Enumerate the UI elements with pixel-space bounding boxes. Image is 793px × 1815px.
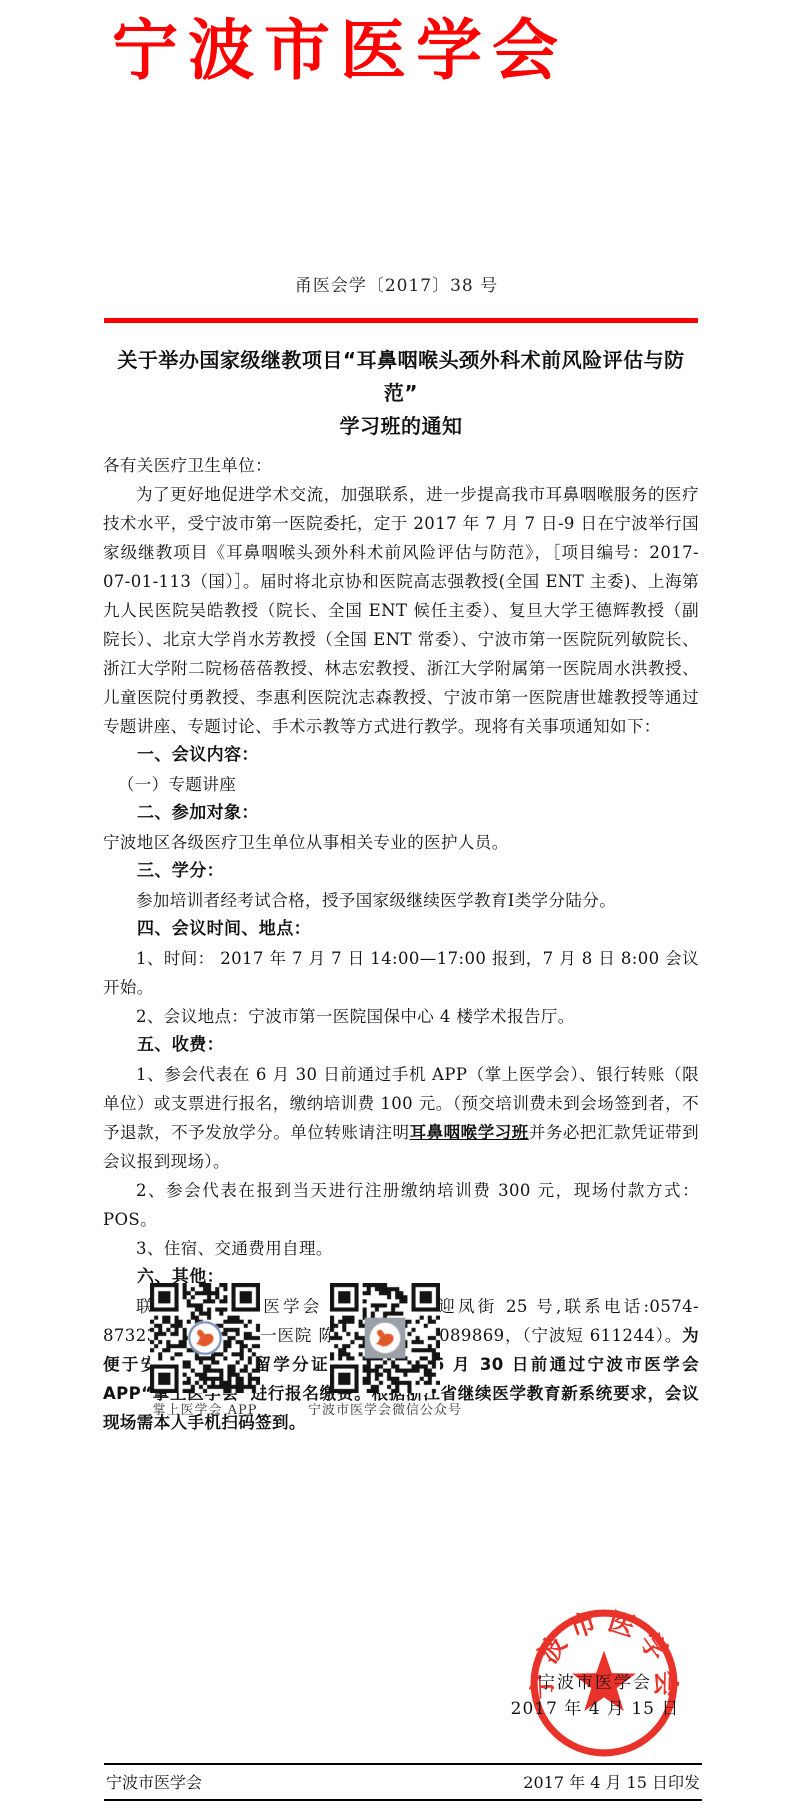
doc-number: 甬医会学〔2017〕38 号 [0,271,793,296]
footer-print-date: 2017 年 4 月 15 日印发 [523,1770,700,1793]
section-heading-3: 三、学分： [103,857,699,886]
document-body: 关于举办国家级继教项目“耳鼻咽喉头颈外科术前风险评估与防范” 学习班的通知 各有… [103,344,699,1437]
intro-paragraph: 为了更好地促进学术交流，加强联系，进一步提高我市耳鼻咽喉服务的医疗技术水平，受宁… [103,480,699,741]
section-heading-5: 五、收费： [103,1031,699,1060]
section-heading-4: 四、会议时间、地点： [103,915,699,944]
notice-title-line2: 学习班的通知 [103,410,699,443]
section-item-fee1: 1、参会代表在 6 月 30 日前通过手机 APP（掌上医学会）、银行转账（限单… [103,1060,699,1176]
qr-block-wechat: 宁波市医学会微信公众号 [308,1283,462,1418]
signature-date: 2017 年 4 月 15 日 [450,1694,740,1719]
notice-document-page: 宁波市医学会 甬医会学〔2017〕38 号 关于举办国家级继教项目“耳鼻咽喉头颈… [0,0,793,1815]
section-item: 2、会议地点：宁波市第一医院国保中心 4 楼学术报告厅。 [103,1002,699,1031]
qr-caption-wechat: 宁波市医学会微信公众号 [308,1399,462,1418]
red-divider [104,318,698,323]
section-item: 3、住宿、交通费用自理。 [103,1234,699,1263]
footer-bar: 宁波市医学会 2017 年 4 月 15 日印发 [104,1763,702,1801]
qr-code-wechat [330,1283,440,1393]
fee1-highlight: 耳鼻咽喉学习班 [410,1123,529,1142]
notice-title: 关于举办国家级继教项目“耳鼻咽喉头颈外科术前风险评估与防范” 学习班的通知 [103,344,699,443]
section-heading-2: 二、参加对象： [103,799,699,828]
qr-code-row: 掌上医学会 APP 宁波市医学会微信公众号 [150,1283,450,1418]
section-item: 2、参会代表在报到当天进行注册缴纳培训费 300 元，现场付款方式：POS。 [103,1176,699,1234]
qr-code-app [150,1283,260,1393]
org-header-title: 宁波市医学会 [112,8,572,92]
section-item: 1、时间： 2017 年 7 月 7 日 14:00—17:00 报到，7 月 … [103,944,699,1002]
section-heading-1: 一、会议内容： [103,741,699,770]
section-item: 参加培训者经考试合格，授予国家级继续医学教育Ⅰ类学分陆分。 [103,886,699,915]
footer-org: 宁波市医学会 [106,1770,202,1793]
qr-caption-app: 掌上医学会 APP [152,1399,257,1418]
signature-org: 宁波市医学会 [450,1668,740,1693]
salutation: 各有关医疗卫生单位： [103,451,699,480]
notice-title-line1: 关于举办国家级继教项目“耳鼻咽喉头颈外科术前风险评估与防范” [103,344,699,410]
section-item: （一）专题讲座 [103,770,699,799]
section-item: 宁波地区各级医疗卫生单位从事相关专业的医护人员。 [103,828,699,857]
qr-block-app: 掌上医学会 APP [150,1283,260,1418]
